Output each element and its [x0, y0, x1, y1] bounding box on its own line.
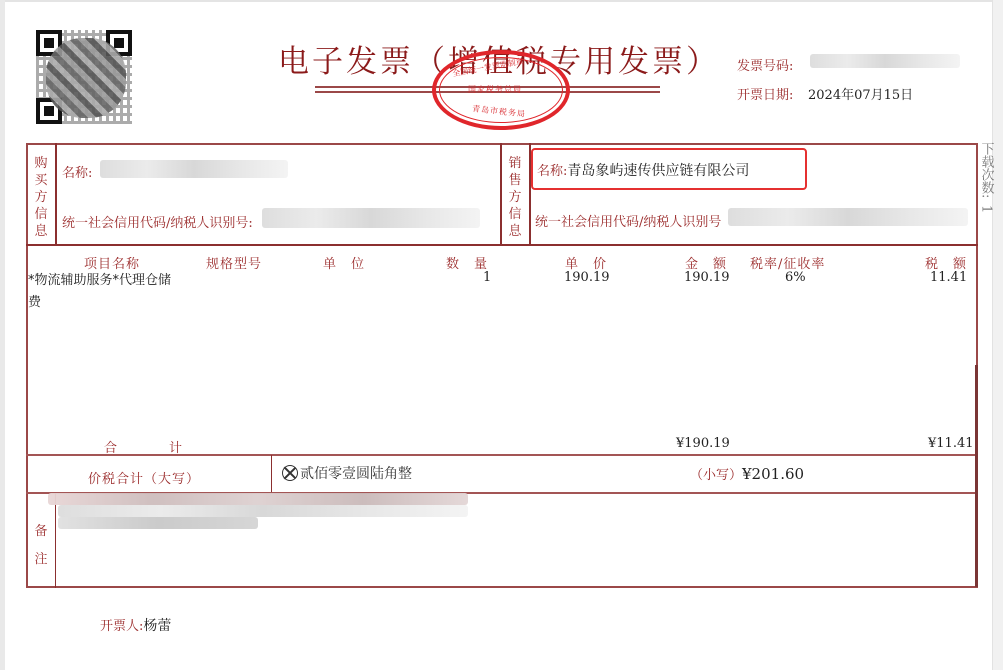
buyer-tax-id-label: 统一社会信用代码/纳税人识别号: [62, 212, 253, 231]
grand-total-lower-value: ¥201.60 [742, 465, 804, 483]
grand-total-upper-label: 价税合计（大写） [88, 468, 200, 487]
download-count: 下载次数: 1 [978, 142, 994, 217]
grand-total-upper: 贰佰零壹圆陆角整 [282, 463, 412, 483]
divider [26, 244, 978, 246]
issuer: 开票人:杨蕾 [100, 615, 171, 635]
remarks-redacted [58, 517, 258, 529]
qr-redaction [46, 38, 126, 118]
buyer-section-label: 购买方信息 [33, 155, 49, 240]
download-count-value: 1 [979, 205, 994, 213]
divider [55, 493, 56, 588]
circle-x-icon [282, 465, 298, 481]
stamp-top-text: 全国统一发票监制章 [452, 56, 525, 79]
grand-total-lower-label: （小写） [690, 468, 742, 483]
item-quantity: 1 [483, 270, 491, 285]
qr-code [36, 30, 132, 124]
remarks-redacted [48, 493, 468, 505]
header-spec: 规格型号 [206, 253, 262, 272]
seller-section-label: 销售方信息 [507, 155, 523, 240]
issuer-value: 杨蕾 [143, 618, 171, 634]
invoice-number-value-redacted [810, 54, 960, 68]
seller-tax-id-redacted [728, 208, 968, 226]
seller-name-highlight [531, 148, 807, 190]
remarks-label: 备注 [33, 518, 49, 574]
viewer-scrollbar[interactable] [992, 0, 1003, 670]
item-tax: 11.41 [930, 270, 967, 285]
stamp-middle-text: 国家税务总局 [468, 84, 522, 95]
download-count-label: 下载次数: [979, 142, 994, 198]
tax-bureau-stamp: 全国统一发票监制章 国家税务总局 青岛市税务局 [432, 50, 570, 130]
divider [55, 143, 57, 245]
total-amount: ¥190.19 [676, 436, 730, 451]
item-name-continued: 费 [28, 291, 41, 310]
divider [26, 454, 978, 456]
total-tax: ¥11.41 [928, 436, 974, 451]
remarks-redacted [58, 505, 468, 517]
viewer-left-border [0, 0, 5, 670]
buyer-tax-id-redacted [262, 208, 480, 228]
item-name: *物流辅助服务*代理仓储 [28, 269, 171, 288]
viewer-top-border [0, 0, 1003, 2]
item-unit-price: 190.19 [564, 270, 610, 285]
grand-total-lower: （小写）¥201.60 [690, 464, 804, 483]
seller-tax-id-label: 统一社会信用代码/纳税人识别号 [535, 211, 721, 230]
divider [500, 143, 502, 245]
divider [271, 455, 272, 492]
header-quantity: 数 量 [446, 253, 488, 272]
issuer-label: 开票人: [100, 619, 143, 634]
issue-date-value: 2024年07月15日 [808, 84, 913, 103]
buyer-name-label: 名称: [62, 162, 92, 181]
item-amount: 190.19 [684, 270, 730, 285]
header-unit: 单 位 [323, 253, 365, 272]
grand-total-upper-value: 贰佰零壹圆陆角整 [300, 466, 412, 482]
invoice-number-label: 发票号码: [737, 55, 793, 74]
issue-date-label: 开票日期: [737, 84, 793, 103]
item-tax-rate: 6% [785, 270, 806, 285]
table-right-edge [975, 365, 978, 587]
buyer-name-redacted [100, 160, 288, 178]
stamp-bottom-text: 青岛市税务局 [472, 103, 527, 120]
